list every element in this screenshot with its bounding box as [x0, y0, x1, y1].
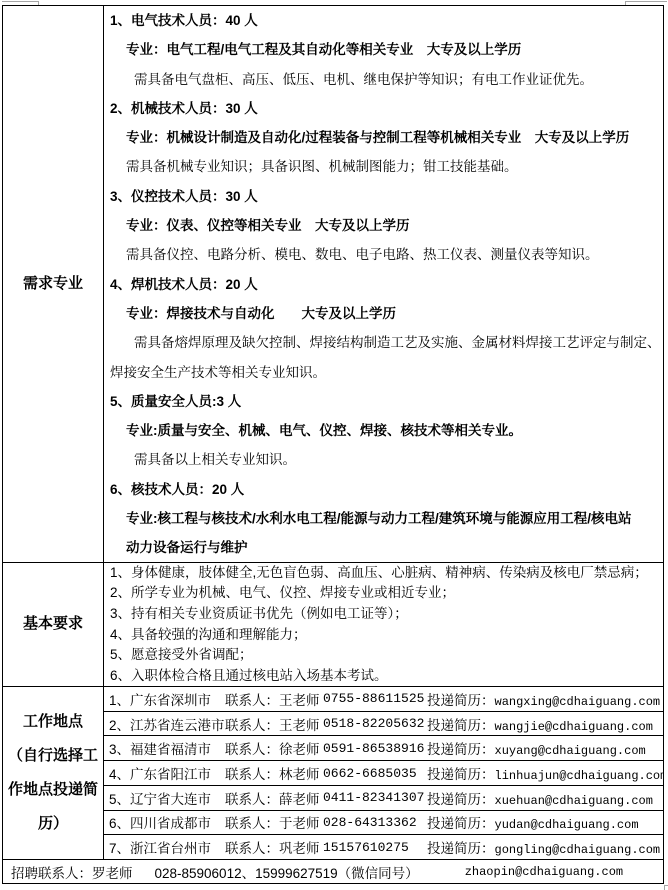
recruiting-contact-label: 招聘联系人：罗老师	[11, 862, 133, 882]
work-locations-note: （自行选择工作地点投递简历）	[6, 739, 100, 841]
contact-name: 巩老师	[279, 841, 320, 856]
demand-line: 需具备以上相关专业知识。	[110, 445, 663, 474]
phone-number: 0591-86538916	[323, 741, 427, 756]
location-place: 辽宁省大连市	[130, 792, 211, 807]
demand-line: 专业：机械设计制造及自动化/过程装备与控制工程等机械相关专业 大专及以上学历	[110, 123, 663, 152]
work-locations-cell: 1、广东省深圳市 联系人：王老师 0755-88611525 投递简历：wang…	[104, 687, 663, 859]
location-place: 浙江省台州市	[130, 841, 211, 856]
resume-label: 投递简历：	[427, 816, 495, 831]
contact-label: 联系人：	[225, 792, 279, 807]
recruiting-contact-phones: 028-85906012、15999627519（微信同号）	[155, 862, 419, 882]
work-location-row: 3、福建省福清市 联系人：徐老师 0591-86538916 投递简历：xuya…	[104, 736, 663, 761]
contact-name: 徐老师	[279, 742, 320, 757]
resume-email: wangxing@cdhaiguang.com	[495, 695, 661, 709]
row-label-basic-requirements: 基本要求	[3, 563, 104, 687]
work-location-row: 7、浙江省台州市 联系人：巩老师 15157610275 投递简历：gongli…	[104, 835, 663, 859]
resume-email: xuehuan@cdhaiguang.com	[495, 794, 653, 808]
location-place: 四川省成都市	[130, 816, 211, 831]
location-place: 广东省深圳市	[130, 693, 211, 708]
demand-line: 需具备仪控、电路分析、模电、数电、电子电路、热工仪表、测量仪表等知识。	[110, 240, 663, 269]
basic-requirement-line: 1、身体健康，肢体健全,无色盲色弱、高血压、心脏病、精神病、传染病及核电厂禁忌病…	[110, 563, 663, 583]
demand-line: 焊接安全生产技术等相关专业知识。	[110, 358, 663, 387]
work-locations-title: 工作地点	[23, 705, 83, 739]
demand-line: 需具备机械专业知识；具备识图、机械制图能力；钳工技能基础。	[110, 152, 663, 181]
contact-label: 联系人：	[225, 718, 279, 733]
location-number: 5、	[109, 792, 130, 807]
demand-line: 4、焊机技术人员：20 人	[110, 270, 663, 299]
resume-label: 投递简历：	[427, 841, 495, 856]
crop-artifact-top-right	[625, 1, 667, 2]
phone-number: 0518-82205632	[323, 716, 427, 731]
basic-requirements-cell: 1、身体健康，肢体健全,无色盲色弱、高血压、心脏病、精神病、传染病及核电厂禁忌病…	[104, 563, 663, 687]
basic-requirement-line: 2、所学专业为机械、电气、仪控、焊接专业或相近专业；	[110, 583, 663, 604]
basic-requirement-line: 5、愿意接受外省调配；	[110, 645, 663, 666]
contact-label: 联系人：	[225, 816, 279, 831]
contact-name: 于老师	[279, 816, 320, 831]
basic-requirement-line: 4、具备较强的沟通和理解能力；	[110, 625, 663, 646]
demand-line: 专业:核工程与核技术/水利水电工程/能源与动力工程/建筑环境与能源应用工程/核电…	[110, 504, 663, 533]
resume-label: 投递简历：	[427, 693, 495, 708]
location-place: 福建省福清市	[130, 742, 211, 757]
contact-name: 王老师	[279, 693, 320, 708]
resume-label: 投递简历：	[427, 792, 495, 807]
demand-line: 1、电气技术人员：40 人	[110, 6, 663, 35]
basic-requirement-line: 3、持有相关专业资质证书优先（例如电工证等）；	[110, 604, 663, 625]
row-label-demand-majors: 需求专业	[3, 6, 104, 563]
location-number: 2、	[109, 718, 130, 733]
contact-name: 王老师	[279, 718, 320, 733]
recruitment-table: 需求专业 1、电气技术人员：40 人 专业：电气工程/电气工程及其自动化等相关专…	[2, 5, 664, 884]
phone-number: 028-64313362	[323, 815, 427, 830]
location-place: 江苏省连云港市	[130, 718, 225, 733]
contact-name: 薛老师	[279, 792, 320, 807]
demand-line: 5、质量安全人员:3 人	[110, 387, 663, 416]
demand-line: 需具备电气盘柜、高压、低压、电机、继电保护等知识；有电工作业证优先。	[110, 65, 663, 94]
contact-label: 联系人：	[225, 693, 279, 708]
resume-email: gongling@cdhaiguang.com	[495, 843, 661, 857]
work-location-row: 6、四川省成都市 联系人：于老师 028-64313362 投递简历：yudan…	[104, 811, 663, 836]
location-number: 3、	[109, 742, 130, 757]
location-number: 6、	[109, 816, 130, 831]
demand-line: 6、核技术人员：20 人	[110, 475, 663, 504]
resume-label: 投递简历：	[427, 767, 495, 782]
resume-label: 投递简历：	[427, 718, 495, 733]
phone-number: 15157610275	[323, 840, 427, 855]
crop-artifact-top-left	[2, 1, 39, 2]
resume-email: linhuajun@cdhaiguang.com	[495, 769, 664, 783]
contact-name: 林老师	[279, 767, 320, 782]
demand-line: 2、机械技术人员：30 人	[110, 94, 663, 123]
location-place: 广东省阳江市	[130, 767, 211, 782]
phone-number: 0662-6685035	[323, 766, 427, 781]
work-location-row: 1、广东省深圳市 联系人：王老师 0755-88611525 投递简历：wang…	[104, 687, 663, 712]
contact-label: 联系人：	[225, 742, 279, 757]
demand-line: 专业：电气工程/电气工程及其自动化等相关专业 大专及以上学历	[110, 35, 663, 64]
demand-majors-cell: 1、电气技术人员：40 人 专业：电气工程/电气工程及其自动化等相关专业 大专及…	[104, 6, 663, 563]
contact-label: 联系人：	[225, 767, 279, 782]
row-label-work-locations: 工作地点 （自行选择工作地点投递简历）	[3, 687, 104, 859]
demand-line: 专业:质量与安全、机械、电气、仪控、焊接、核技术等相关专业。	[110, 416, 663, 445]
phone-number: 0755-88611525	[323, 691, 427, 706]
demand-line: 动力设备运行与维护	[110, 533, 663, 562]
basic-requirement-line: 6、入职体检合格且通过核电站入场基本考试。	[110, 666, 663, 687]
location-number: 7、	[109, 841, 130, 856]
crop-artifact-bottom-right	[664, 885, 668, 886]
phone-number: 0411-82341307	[323, 790, 427, 805]
recruiting-contact-row: 招聘联系人：罗老师 028-85906012、15999627519（微信同号）…	[3, 859, 663, 883]
location-number: 4、	[109, 767, 130, 782]
resume-email: xuyang@cdhaiguang.com	[495, 744, 646, 758]
location-number: 1、	[109, 693, 130, 708]
demand-line: 专业：焊接技术与自动化 大专及以上学历	[110, 299, 663, 328]
resume-email: yudan@cdhaiguang.com	[495, 818, 639, 832]
demand-line: 专业：仪表、仪控等相关专业 大专及以上学历	[110, 211, 663, 240]
demand-line: 需具备熔焊原理及缺欠控制、焊接结构制造工艺及实施、金属材料焊接工艺评定与制定、	[110, 328, 663, 357]
contact-label: 联系人：	[225, 841, 279, 856]
work-location-row: 5、辽宁省大连市 联系人：薛老师 0411-82341307 投递简历：xueh…	[104, 786, 663, 811]
resume-label: 投递简历：	[427, 742, 495, 757]
resume-email: wangjie@cdhaiguang.com	[495, 720, 653, 734]
work-location-row: 2、江苏省连云港市 联系人：王老师 0518-82205632 投递简历：wan…	[104, 712, 663, 737]
recruiting-contact-email: zhaopin@cdhaiguang.com	[465, 865, 623, 879]
demand-line: 3、仪控技术人员：30 人	[110, 182, 663, 211]
work-location-row: 4、广东省阳江市 联系人：林老师 0662-6685035 投递简历：linhu…	[104, 761, 663, 786]
